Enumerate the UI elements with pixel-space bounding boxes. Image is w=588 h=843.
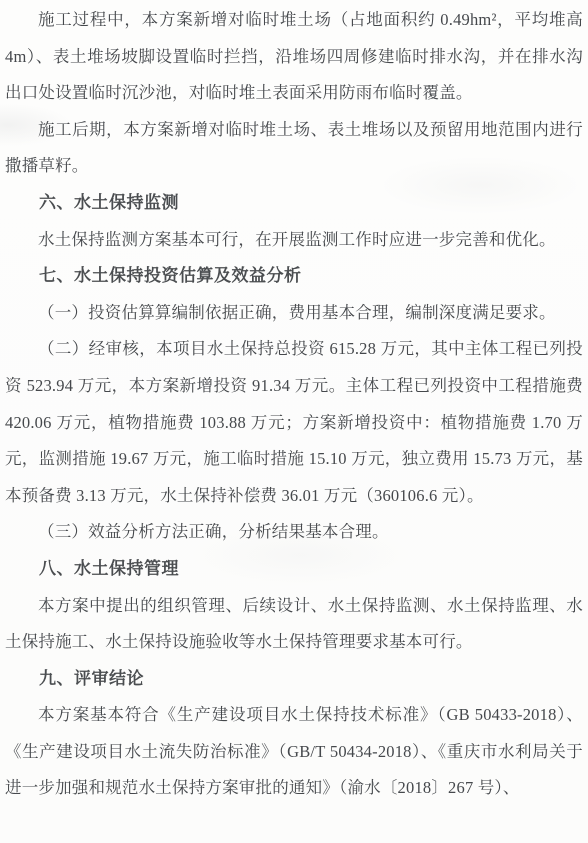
paragraph-benefit-analysis: （三）效益分析方法正确，分析结果基本合理。 (5, 514, 583, 551)
paragraph-estimate-basis: （一）投资估算算编制依据正确，费用基本合理，编制深度满足要求。 (5, 295, 583, 332)
paragraph-investment-figures: （二）经审核，本项目水土保持总投资 615.28 万元，其中主体工程已列投资 5… (5, 331, 583, 514)
section-heading-8-management: 八、水土保持管理 (5, 551, 583, 588)
paragraph-review-conclusion: 本方案基本符合《生产建设项目水土保持技术标准》（GB 50433-2018）、《… (5, 697, 583, 807)
document-text-block: 施工过程中，本方案新增对临时堆土场（占地面积约 0.49hm²，平均堆高 4m）… (0, 0, 588, 807)
scanned-document-page: 施工过程中，本方案新增对临时堆土场（占地面积约 0.49hm²，平均堆高 4m）… (0, 0, 588, 843)
paragraph-management-feasible: 本方案中提出的组织管理、后续设计、水土保持监测、水土保持监理、水土保持施工、水土… (5, 588, 583, 661)
section-heading-6-monitoring: 六、水土保持监测 (5, 185, 583, 222)
paragraph-monitoring-feasible: 水土保持监测方案基本可行，在开展监测工作时应进一步完善和优化。 (5, 222, 583, 259)
section-heading-9-conclusion: 九、评审结论 (5, 661, 583, 698)
paragraph-late-construction: 施工后期，本方案新增对临时堆土场、表土堆场以及预留用地范围内进行撒播草籽。 (5, 112, 583, 185)
section-heading-7-investment: 七、水土保持投资估算及效益分析 (5, 258, 583, 295)
paragraph-temporary-spoil-ground: 施工过程中，本方案新增对临时堆土场（占地面积约 0.49hm²，平均堆高 4m）… (5, 2, 583, 112)
